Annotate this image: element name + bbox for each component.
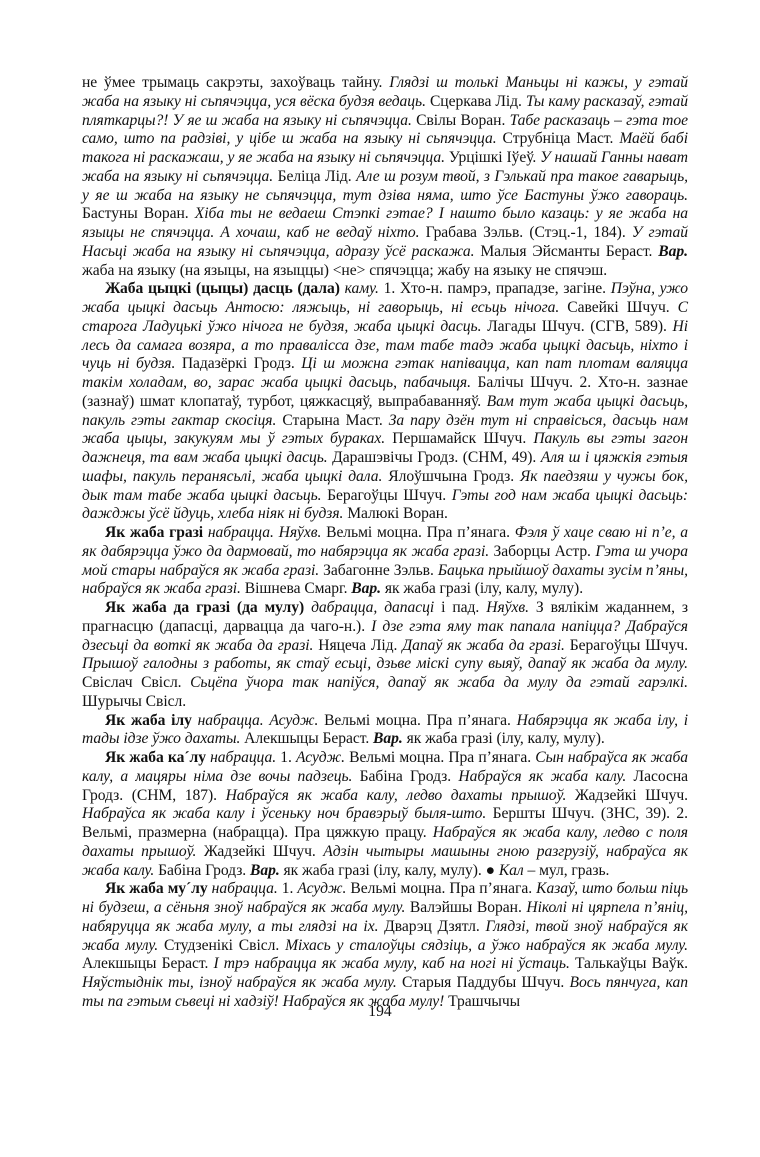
text-run: Заборцы Астр.	[489, 543, 595, 560]
text-run: Студзенікі Свісл.	[158, 937, 285, 954]
text-run: не ўмее трымаць сакрэты, захоўваць тайну…	[82, 74, 389, 91]
entry-yak-zhaba-da-grazi: Як жаба да гразі (да мулу) дабрацца, дап…	[82, 599, 688, 712]
italic-run: Кал	[499, 862, 524, 879]
entry-yak-zhaba-ilu: Як жаба ілу набрацца. Асудж. Вельмі моцн…	[82, 712, 688, 750]
headword: Жаба цыцкі (цыцы) дасць (дала)	[105, 280, 340, 297]
italic-run: Міхась у сталоўцы сядзіць, а ўжо набраўс…	[285, 937, 688, 954]
text-run: Старыя Паддубы Шчуч.	[397, 974, 570, 991]
italic-run: набрацца. Няўхв.	[208, 524, 321, 541]
italic-run: набрацца.	[210, 749, 276, 766]
text-run: Сцеркава Лід.	[426, 93, 526, 110]
italic-run: каму.	[345, 280, 379, 297]
text-run: Берагоўцы Шчуч.	[565, 637, 688, 654]
italic-run: Набраўса як жаба калу і ўсеньку ноч брав…	[82, 805, 486, 822]
text-run: Дарашэвічы Гродз. (СНМ, 49).	[328, 449, 541, 466]
entry-zhaba-cycki-dasc: Жаба цыцкі (цыцы) дасць (дала) каму. 1. …	[82, 280, 688, 524]
text-run: Вішнева Смарг.	[241, 580, 351, 597]
text-run: Малыя Эйсманты Бераст.	[474, 243, 658, 260]
text-run: як жаба гразі (ілу, калу, мулу).	[381, 580, 583, 597]
variant-label: Вар.	[373, 730, 403, 747]
variant-label: Вар.	[250, 862, 280, 879]
text-run: як жаба гразі (ілу, калу, мулу).	[403, 730, 605, 747]
text-run: Малюкі Воран.	[343, 505, 448, 522]
text-run: Падазёркі Гродз.	[175, 355, 301, 372]
text-run: Урцішкі Іўеў.	[445, 149, 540, 166]
text-run: Дварэц Дзятл.	[378, 918, 485, 935]
text-run: Шурычы Свісл.	[82, 693, 186, 710]
text-run: Талькаўцы Ваўк.	[570, 955, 688, 972]
italic-run: Набраўся як жаба калу, ледво дахаты прыш…	[226, 787, 567, 804]
page-number: 194	[0, 1003, 760, 1021]
italic-run: Прышоў галодны з работы, як стаў есьці, …	[82, 655, 688, 672]
text-run: Свіслач Свісл.	[82, 674, 190, 691]
text-run: як жаба гразі (ілу, калу, мулу). ●	[280, 862, 499, 879]
text-run: Старына Маст.	[276, 412, 388, 429]
headword: Як жаба му´лу	[105, 880, 208, 897]
italic-run: Дапаў як жаба да гразі.	[402, 637, 565, 654]
text-run: Берагоўцы Шчуч.	[322, 487, 452, 504]
text-run: Вельмі моцна. Пра п’янага.	[346, 880, 536, 897]
italic-run: Асудж.	[296, 749, 345, 766]
italic-run: І трэ набрацца як жаба мулу, каб на ногі…	[213, 955, 569, 972]
headword: Як жаба ка´лу	[105, 749, 206, 766]
italic-run: дабрацца, дапасці	[311, 599, 434, 616]
text-run: жаба на языку (на языцы, на языццы) <не>…	[82, 262, 607, 279]
entry-yak-zhaba-mulu: Як жаба му´лу набрацца. 1. Асудж. Вельмі…	[82, 880, 688, 1011]
text-run: Струбніца Маст.	[497, 130, 620, 147]
document-page: не ўмее трымаць сакрэты, захоўваць тайну…	[82, 74, 688, 1012]
headword: Як жаба гразі	[105, 524, 203, 541]
italic-run: Няўхв.	[486, 599, 529, 616]
text-run: Беліца Лід.	[273, 168, 356, 185]
text-run: Свілы Воран.	[412, 112, 510, 129]
paragraph-continuation: не ўмее трымаць сакрэты, захоўваць тайну…	[82, 74, 688, 280]
italic-run: Асудж.	[297, 880, 346, 897]
variant-label: Вар.	[658, 243, 688, 260]
italic-run: Сьцёпа ўчора так напіўся, дапаў як жаба …	[190, 674, 688, 691]
headword: Як жаба да гразі (да мулу)	[105, 599, 304, 616]
variant-label: Вар.	[351, 580, 381, 597]
entry-yak-zhaba-grazi: Як жаба гразі набрацца. Няўхв. Вельмі мо…	[82, 524, 688, 599]
text-run: Грабава Зэльв. (Стэц.-1, 184).	[419, 224, 631, 241]
text-run: Алекшыцы Бераст.	[240, 730, 373, 747]
text-run: Лагады Шчуч. (СГВ, 589).	[481, 318, 672, 335]
italic-run: Набраўся як жаба калу.	[458, 768, 626, 785]
headword: Як жаба ілу	[105, 712, 192, 729]
italic-run: набрацца. Асудж.	[198, 712, 319, 729]
text-run: 1.	[278, 880, 298, 897]
italic-run: набрацца.	[212, 880, 278, 897]
text-run: Жадзейкі Шчуч.	[196, 843, 323, 860]
text-run: – мул, гразь.	[524, 862, 610, 879]
text-run: Першамайск Шчуч.	[385, 430, 533, 447]
text-run: Бастуны Воран.	[82, 205, 195, 222]
text-run: 1.	[276, 749, 296, 766]
text-run: Вельмі моцна. Пра п’янага.	[345, 749, 535, 766]
italic-run: Няўстыднік ты, ізноў набраўся як жаба му…	[82, 974, 397, 991]
text-run: Няцеча Лід.	[313, 637, 402, 654]
text-run: Алекшыцы Бераст.	[82, 955, 213, 972]
entry-yak-zhaba-kalu: Як жаба ка´лу набрацца. 1. Асудж. Вельмі…	[82, 749, 688, 880]
text-run: Вельмі моцна. Пра п’янага.	[318, 712, 516, 729]
text-run: Валэйшы Воран.	[405, 899, 526, 916]
text-run: і пад.	[434, 599, 486, 616]
text-run: Бабіна Гродз.	[154, 862, 250, 879]
text-run: Жадзейкі Шчуч.	[566, 787, 688, 804]
text-run: Забагонне Зэльв.	[319, 562, 438, 579]
text-run: Вельмі моцна. Пра п’янага.	[321, 524, 514, 541]
text-run: Савейкі Шчуч.	[559, 299, 677, 316]
text-run: 1. Хто-н. памрэ, прападзе, загіне.	[379, 280, 611, 297]
text-run: Бабіна Гродз.	[352, 768, 458, 785]
text-run: Ялоўшчына Гродз.	[382, 468, 520, 485]
